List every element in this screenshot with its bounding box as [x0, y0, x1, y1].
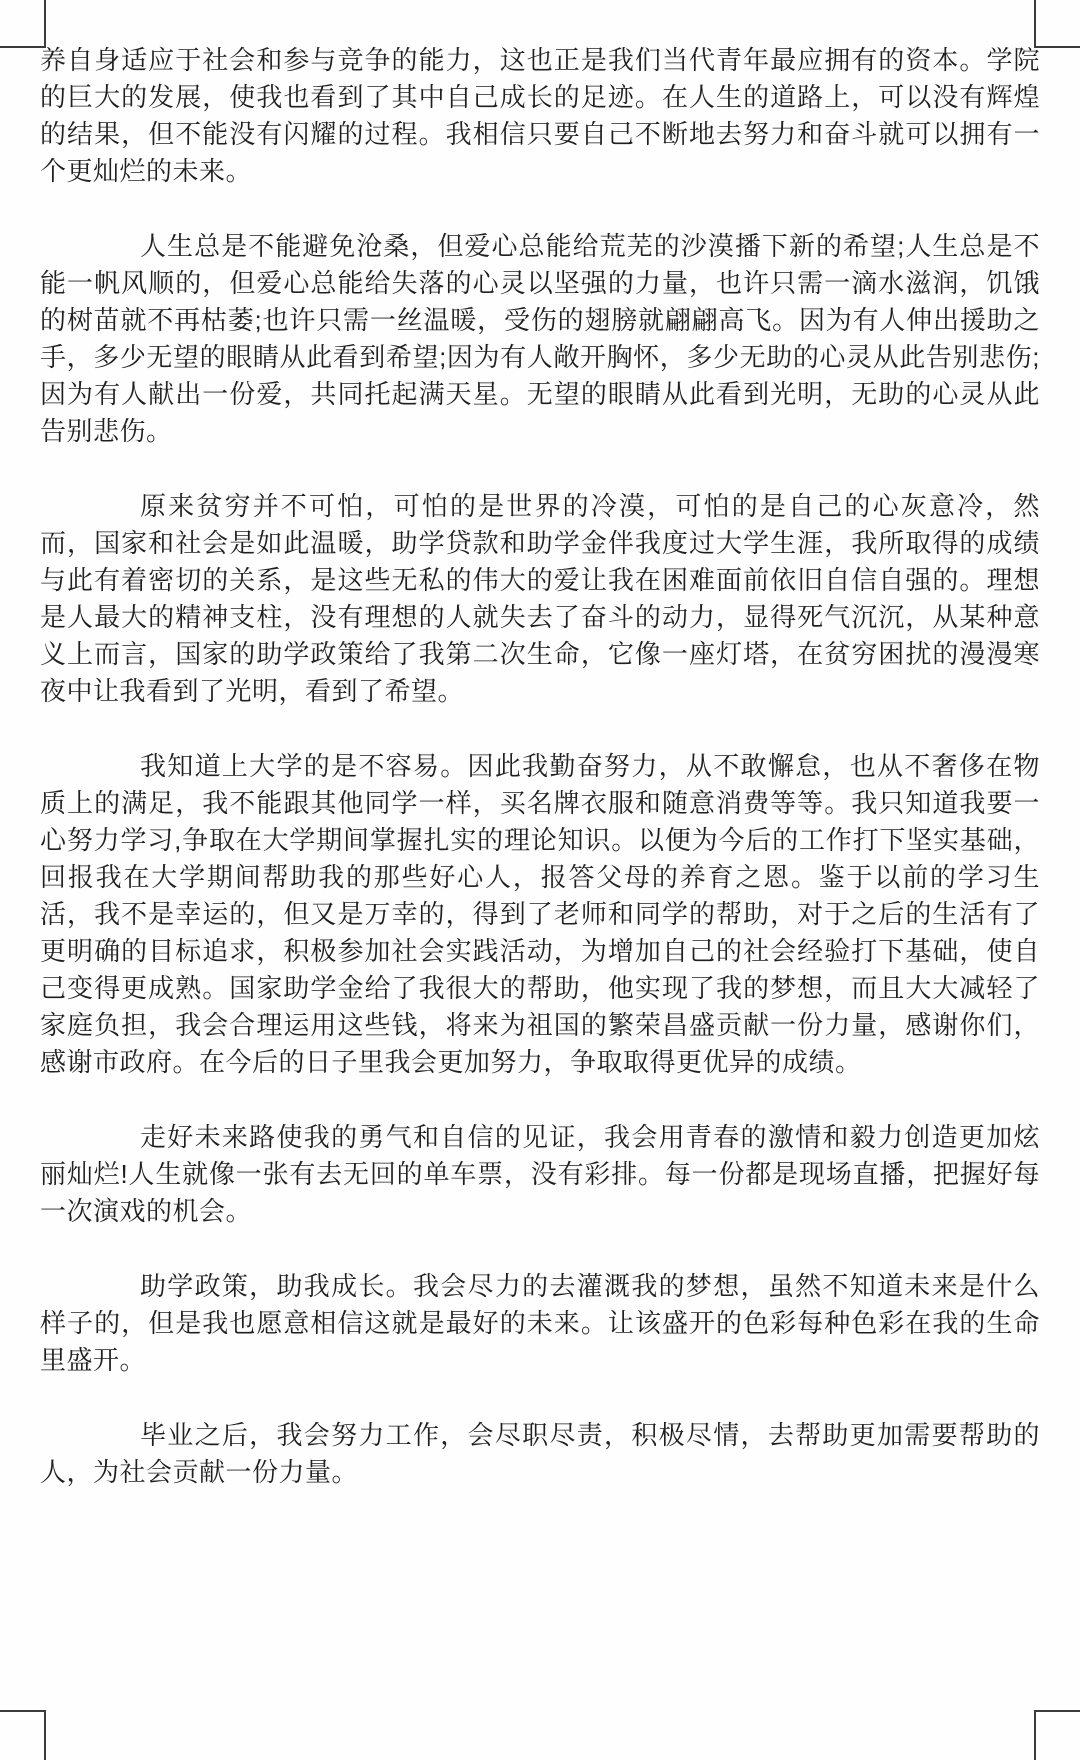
- essay-body: 养自身适应于社会和参与竞争的能力，这也正是我们当代青年最应拥有的资本。学院的巨大…: [40, 42, 1040, 1491]
- corner-mark-bottom-right: [1034, 1710, 1080, 1760]
- essay-paragraph-6: 助学政策，助我成长。我会尽力的去灌溉我的梦想，虽然不知道未来是什么样子的，但是我…: [40, 1268, 1040, 1379]
- essay-paragraph-1: 养自身适应于社会和参与竞争的能力，这也正是我们当代青年最应拥有的资本。学院的巨大…: [40, 42, 1040, 190]
- essay-paragraph-3: 原来贫穷并不可怕，可怕的是世界的冷漠，可怕的是自己的心灰意冷，然而，国家和社会是…: [40, 488, 1040, 710]
- essay-paragraph-2: 人生总是不能避免沧桑，但爱心总能给荒芜的沙漠播下新的希望;人生总是不能一帆风顺的…: [40, 228, 1040, 450]
- essay-paragraph-7: 毕业之后，我会努力工作，会尽职尽责，积极尽情，去帮助更加需要帮助的人，为社会贡献…: [40, 1417, 1040, 1491]
- corner-mark-top-right: [1034, 0, 1080, 48]
- document-page: 养自身适应于社会和参与竞争的能力，这也正是我们当代青年最应拥有的资本。学院的巨大…: [0, 0, 1080, 1760]
- corner-mark-bottom-left: [0, 1710, 46, 1760]
- essay-paragraph-4: 我知道上大学的是不容易。因此我勤奋努力，从不敢懈怠，也从不奢侈在物质上的满足，我…: [40, 748, 1040, 1081]
- essay-paragraph-5: 走好未来路使我的勇气和自信的见证，我会用青春的激情和毅力创造更加炫丽灿烂!人生就…: [40, 1119, 1040, 1230]
- corner-mark-top-left: [0, 0, 46, 48]
